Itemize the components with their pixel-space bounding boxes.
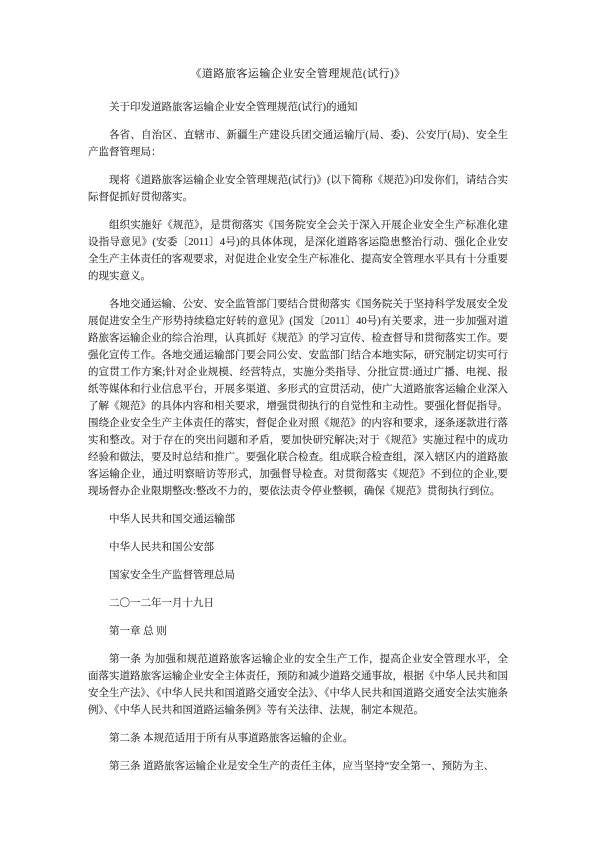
- article-paragraph: 第二条 本规范适用于所有从事道路旅客运输的企业。: [88, 730, 508, 747]
- body-paragraph: 各地交通运输、公安、安全监管部门要结合贯彻落实《国务院关于坚持科学发展安全发展促…: [88, 296, 508, 500]
- signature-line: 国家安全生产监督管理总局: [88, 567, 508, 584]
- body-paragraph: 组织实施好《规范》，是贯彻落实《国务院安全会关于深入开展企业安全生产标准化建设指…: [88, 217, 508, 285]
- article-paragraph: 第三条 道路旅客运输企业是安全生产的责任主体，应当坚持“安全第一、预防为主、: [88, 758, 508, 775]
- signature-line: 中华人民共和国交通运输部: [88, 511, 508, 528]
- document-page: 《道路旅客运输企业安全管理规范(试行)》 关于印发道路旅客运输企业安全管理规范(…: [0, 0, 595, 842]
- addressees-paragraph: 各省、自治区、直辖市、新疆生产建设兵团交通运输厅(局、委)、公安厅(局)、安全生…: [88, 127, 508, 161]
- notice-title: 关于印发道路旅客运输企业安全管理规范(试行)的通知: [88, 99, 508, 116]
- article-paragraph: 第一条 为加强和规范道路旅客运输企业的安全生产工作，提高企业安全管理水平，全面落…: [88, 651, 508, 719]
- issue-date: 二〇一二年一月十九日: [88, 595, 508, 612]
- document-title: 《道路旅客运输企业安全管理规范(试行)》: [88, 66, 508, 83]
- signature-line: 中华人民共和国公安部: [88, 539, 508, 556]
- body-paragraph: 现将《道路旅客运输企业安全管理规范(试行)》(以下简称《规范》)印发你们，请结合…: [88, 172, 508, 206]
- chapter-heading: 第一章 总 则: [88, 623, 508, 640]
